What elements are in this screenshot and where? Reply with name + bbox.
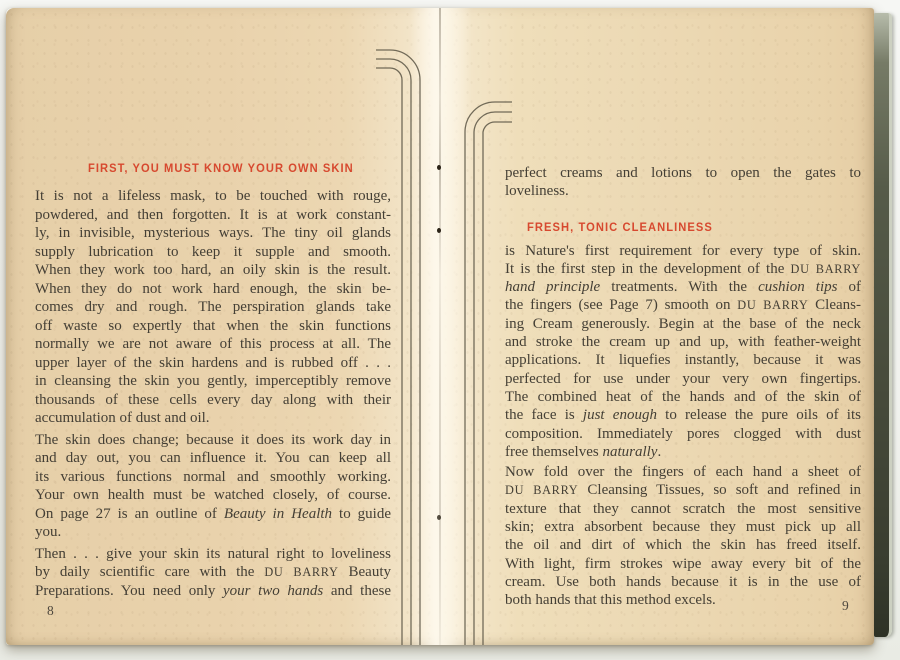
text-line: When they do not work hard enough, the s… (35, 280, 391, 299)
text-line: supply lubrication to keep it supple and… (35, 243, 391, 262)
text-line: On page 27 is an outline of Beauty in He… (35, 505, 391, 524)
text-line: is Nature's first requirement for every … (505, 242, 861, 260)
left-section-heading: FIRST, YOU MUST KNOW YOUR OWN SKIN (88, 163, 382, 175)
binding-stitch (437, 165, 441, 170)
text-line: hand principle treatments. With the cush… (505, 278, 861, 296)
paragraph: It is not a lifeless mask, to be touched… (35, 187, 391, 428)
right-section-heading: FRESH, TONIC CLEANLINESS (527, 222, 851, 234)
cover-edge (874, 13, 892, 637)
paragraph: Now fold over the fingers of each hand a… (505, 463, 861, 609)
left-page-paragraphs: It is not a lifeless mask, to be touched… (35, 187, 391, 600)
text-line: free themselves naturally. (505, 443, 861, 461)
text-line: applications. It liquefies instantly, be… (505, 351, 861, 369)
text-line: Now fold over the fingers of each hand a… (505, 463, 861, 481)
paragraph: perfect creams and lotions to open the g… (505, 164, 861, 201)
text-line: The skin does change; because it does it… (35, 431, 391, 450)
text-line: the fingers (see Page 7) smooth on DU BA… (505, 296, 861, 314)
right-page-lead-paragraphs: perfect creams and lotions to open the g… (505, 164, 861, 201)
text-line: in cleansing the skin you gently, imperc… (35, 372, 391, 391)
paragraph: is Nature's first requirement for every … (505, 242, 861, 462)
text-line: perfect creams and lotions to open the g… (505, 164, 861, 182)
text-line: skin; extra absorbent because they must … (505, 518, 861, 536)
text-line: both hands that this method excels. (505, 591, 861, 609)
page-number-right: 9 (842, 598, 849, 614)
paragraph: The skin does change; because it does it… (35, 431, 391, 542)
text-line: ly, in invisible, mysterious ways. The t… (35, 224, 391, 243)
paragraph: Then . . . give your skin its natural ri… (35, 545, 391, 601)
right-page-paragraphs: is Nature's first requirement for every … (505, 242, 861, 610)
text-line: upper layer of the skin hardens and is r… (35, 354, 391, 373)
text-line: DU BARRY Cleansing Tissues, so soft and … (505, 481, 861, 499)
text-line: accumulation of dust and oil. (35, 409, 391, 428)
text-line: off waste so expertly that when the skin… (35, 317, 391, 336)
text-line: powdered, and then forgotten. It is at w… (35, 206, 391, 225)
text-line: The combined heat of the hands and of th… (505, 388, 861, 406)
binding-stitch (437, 228, 441, 233)
text-line: and stroke the cream up and up, with fea… (505, 333, 861, 351)
text-line: normally we are not aware of this proces… (35, 335, 391, 354)
text-line: Preparations. You need only your two han… (35, 582, 391, 601)
text-line: texture that they cannot scratch the mos… (505, 500, 861, 518)
right-page-content: perfect creams and lotions to open the g… (505, 164, 861, 612)
page-number-left: 8 (47, 603, 54, 619)
text-line: ing Cream generously. Begin at the base … (505, 315, 861, 333)
text-line: the face is just enough to release the p… (505, 406, 861, 424)
text-line: cream. Use both hands because it is in t… (505, 573, 861, 591)
left-page-content: FIRST, YOU MUST KNOW YOUR OWN SKIN It is… (35, 163, 391, 603)
text-line: Then . . . give your skin its natural ri… (35, 545, 391, 564)
binding-stitch (437, 515, 441, 520)
text-line: Your own health must be watched closely,… (35, 486, 391, 505)
text-line: and day out, you can influence it. You c… (35, 449, 391, 468)
text-line: It is the first step in the development … (505, 260, 861, 278)
text-line: the oil and dirt of which the skin has f… (505, 536, 861, 554)
text-line: comes dry and rough. The perspiration gl… (35, 298, 391, 317)
text-line: you. (35, 523, 391, 542)
text-line: thousands of these cells every day along… (35, 391, 391, 410)
text-line: by daily scientific care with the DU BAR… (35, 563, 391, 582)
text-line: When they work too hard, an oily skin is… (35, 261, 391, 280)
book-spread: FIRST, YOU MUST KNOW YOUR OWN SKIN It is… (6, 8, 874, 645)
text-line: composition. Immediately pores clogged w… (505, 425, 861, 443)
text-line: loveliness. (505, 182, 861, 200)
text-line: With light, firm strokes wipe away every… (505, 555, 861, 573)
text-line: its various functions normal and smoothl… (35, 468, 391, 487)
text-line: perfected for use under your very own fi… (505, 370, 861, 388)
text-line: It is not a lifeless mask, to be touched… (35, 187, 391, 206)
